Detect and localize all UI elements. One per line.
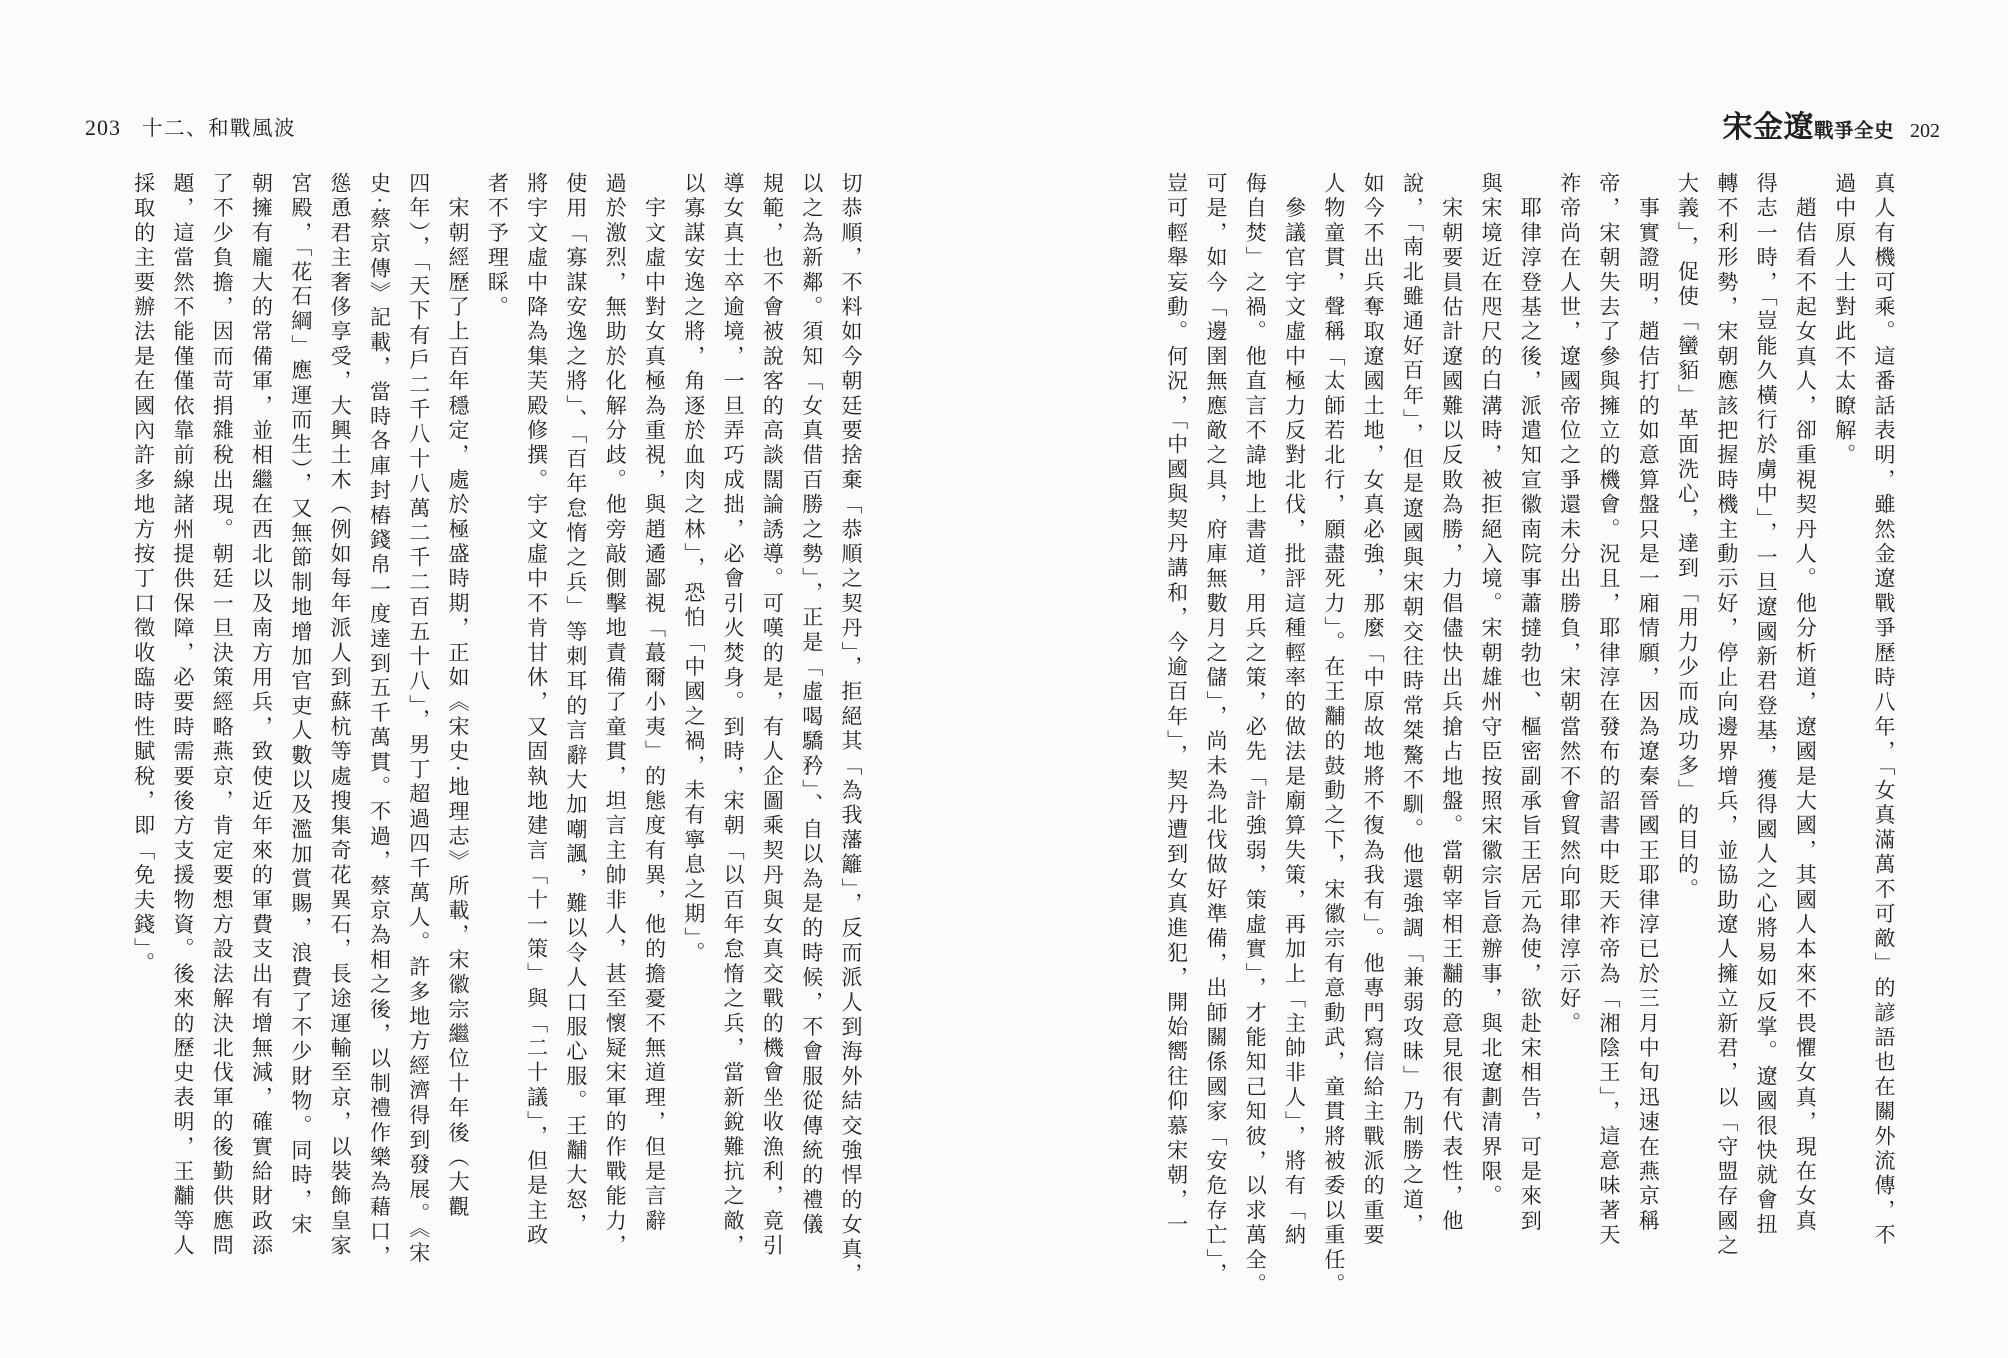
text-column: 祚帝尚在人世，遼國帝位之爭還未分出勝負，宋朝當然不會貿然向耶律淳示好。 [1549,172,1588,1238]
text-column: 宮殿，「花石綱」應運而生），又無節制地增加官吏人數以及濫加賞賜，浪費了不少財物。… [281,172,320,1238]
page-203-running-head: 203 十二、和戰風波 [85,111,296,141]
text-column: 耶律淳登基之後，派遣知宣徽南院事蕭撻勃也、樞密副承旨王居元為使，欲赴宋相告，可是… [1510,172,1549,1238]
text-column: 宇文虛中對女真極為重視，與趙遹鄙視「蕞爾小夷」的態度有異，他的擔憂不無道理，但是… [634,172,673,1238]
text-column: 真人有機可乘。這番話表明，雖然金遼戰爭歷時八年，「女真滿萬不可敵」的諺語也在關外… [1864,172,1903,1238]
text-column: 史·蔡京傳》記載，當時各庫封樁錢帛一度達到五千萬貫。不過，蔡京為相之後，以制禮作… [359,172,398,1238]
text-column: 過於激烈，無助於化解分歧。他旁敲側擊地責備了童貫，坦言主帥非人，甚至懷疑宋軍的作… [595,172,634,1238]
text-column: 以寡謀安逸之將，角逐於血肉之林」，恐怕「中國之禍，未有寧息之期」。 [674,172,713,1238]
text-column: 人物童貫，聲稱「太師若北行，願盡死力」。在王黼的鼓動之下，宋徽宗有意動武，童貫將… [1314,172,1353,1238]
page-203: 203 十二、和戰風波 切恭順，不料如今朝廷要捨棄「恭順之契丹」，拒絕其「為我藩… [0,0,1004,1358]
text-column: 帝，宋朝失去了參與擁立的機會。況且，耶律淳在發布的詔書中貶天祚帝為「湘陰王」，這… [1589,172,1628,1238]
text-column: 得志一時，「豈能久橫行於虜中」，一旦遼國新君登基，獲得國人之心將易如反掌。遼國很… [1746,172,1785,1238]
text-column: 參議官宇文虛中極力反對北伐，批評這種輕率的做法是廟算失策，再加上「主帥非人」，將… [1274,172,1313,1238]
text-column: 過中原人士對此不太瞭解。 [1824,172,1863,1238]
text-column: 導女真士卒逾境，一旦弄巧成拙，必會引火焚身。到時，宋朝「以百年怠惰之兵，當新銳難… [713,172,752,1238]
text-column: 宋朝經歷了上百年穩定，處於極盛時期，正如《宋史·地理志》所載，宋徽宗繼位十年後（… [438,172,477,1238]
text-column: 與宋境近在咫尺的白溝時，被拒絕入境。宋朝雄州守臣按照宋徽宗旨意辦事，與北遼劃清界… [1471,172,1510,1238]
text-column: 題，這當然不能僅僅依靠前線諸州提供保障，必要時需要後方支援物資。後來的歷史表明，… [163,172,202,1238]
text-column: 規範，也不會被說客的高談闊論誘導。可嘆的是，有人企圖乘契丹與女真交戰的機會坐收漁… [752,172,791,1238]
text-column: 將宇文虛中降為集芙殿修撰。宇文虛中不肯甘休，又固執地建言「十一策」與「二十議」，… [516,172,555,1238]
book-title-subtitle: 戰爭全史 [1814,115,1894,143]
page-number-right: 202 [1910,120,1940,143]
page-203-text-block: 切恭順，不料如今朝廷要捨棄「恭順之契丹」，拒絕其「為我藩籬」，反而派人到海外結交… [123,172,870,1238]
text-column: 了不少負擔，因而苛捐雜稅出現。朝廷一旦決策經略燕京，肯定要想方設法解決北伐軍的後… [202,172,241,1238]
text-column: 豈可輕舉妄動。何況，「中國與契丹講和，今逾百年」，契丹遭到女真進犯，開始嚮往仰慕… [1156,172,1195,1238]
text-column: 侮自焚」之禍。他直言不諱地上書道，用兵之策，必先「計強弱，策虛實」，才能知己知彼… [1235,172,1274,1238]
text-column: 朝擁有龐大的常備軍，並相繼在西北以及南方用兵，致使近年來的軍費支出有增無減，確實… [241,172,280,1238]
text-column: 四年），「天下有戶二千八十八萬二千二百五十八」，男丁超過四千萬人。許多地方經濟得… [398,172,437,1238]
text-column: 趙佶看不起女真人，卻重視契丹人。他分析道，遼國是大國，其國人本來不畏懼女真，現在… [1785,172,1824,1238]
text-column: 慫恿君主奢侈享受，大興土木（例如每年派人到蘇杭等處搜集奇花異石，長途運輸至京，以… [320,172,359,1238]
text-column: 轉不利形勢，宋朝應該把握時機主動示好，停止向邊界增兵，並協助遼人擁立新君，以「守… [1707,172,1746,1238]
chapter-running-title: 十二、和戰風波 [142,111,296,141]
text-column: 以之為新鄰。須知「女真借百勝之勢」，正是「虛喝驕矜」、自以為是的時候，不會服從傳… [791,172,830,1238]
text-column: 者不予理睬。 [477,172,516,1238]
text-column: 使用「寡謀安逸之將」、「百年怠惰之兵」等刺耳的言辭大加嘲諷，難以令人口服心服。王… [556,172,595,1238]
page-202-running-head: 宋金遼 戰爭全史 202 [1722,102,1940,146]
page-202: 宋金遼 戰爭全史 202 真人有機可乘。這番話表明，雖然金遼戰爭歷時八年，「女真… [1004,0,2008,1358]
text-column: 宋朝要員估計遼國難以反敗為勝，力倡儘快出兵搶占地盤。當朝宰相王黼的意見很有代表性… [1431,172,1470,1238]
text-column: 切恭順，不料如今朝廷要捨棄「恭順之契丹」，拒絕其「為我藩籬」，反而派人到海外結交… [831,172,870,1238]
text-column: 大義」，促使「蠻貊」革面洗心，達到「用力少而成功多」的目的。 [1667,172,1706,1238]
book-title-main: 宋金遼 [1722,102,1814,146]
page-number-left: 203 [85,115,121,141]
text-column: 可是，如今「邊圉無應敵之具，府庫無數月之儲」，尚未為北伐做好準備，出師關係國家「… [1196,172,1235,1238]
text-column: 如今不出兵奪取遼國土地，女真必強，那麼「中原故地將不復為我有」。他專門寫信給主戰… [1353,172,1392,1238]
page-202-text-block: 真人有機可乘。這番話表明，雖然金遼戰爭歷時八年，「女真滿萬不可敵」的諺語也在關外… [1156,172,1903,1238]
text-column: 說，「南北雖通好百年」，但是遼國與宋朝交往時常桀驁不馴。他還強調「兼弱攻昧」乃制… [1392,172,1431,1238]
text-column: 事實證明，趙佶打的如意算盤只是一廂情願，因為遼秦晉國王耶律淳已於三月中旬迅速在燕… [1628,172,1667,1238]
text-column: 採取的主要辦法是在國內許多地方按丁口徵收臨時性賦稅，即「免夫錢」。 [123,172,162,1238]
